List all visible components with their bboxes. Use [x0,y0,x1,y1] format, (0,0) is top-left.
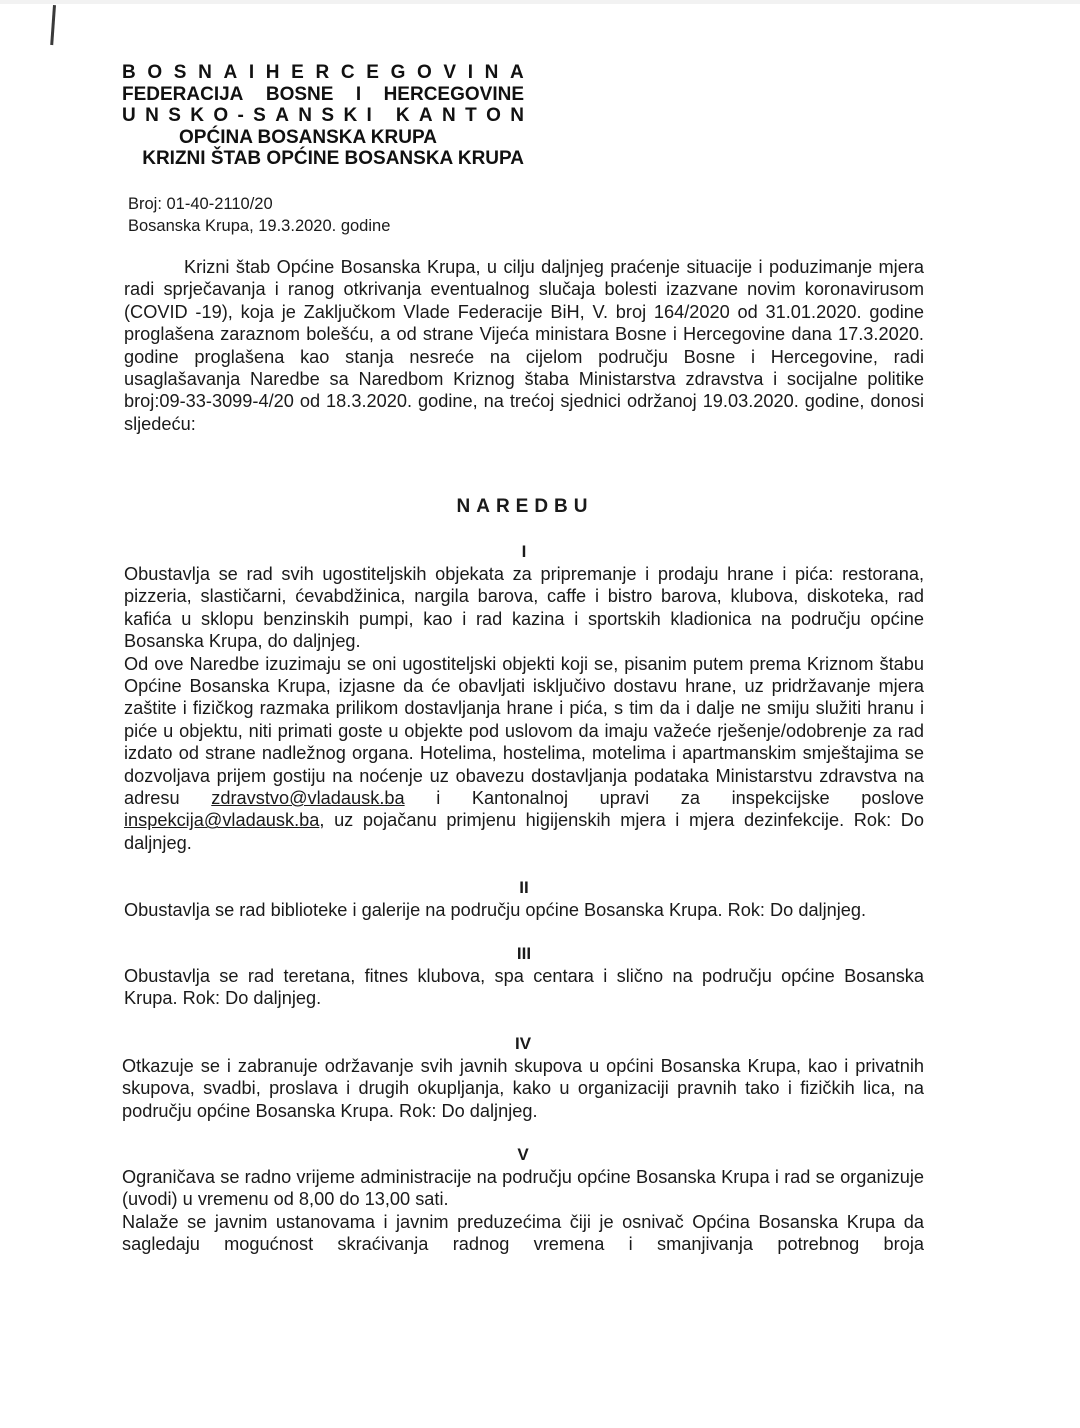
section-number: I [124,541,924,563]
section-paragraph: Otkazuje se i zabranuje održavanje svih … [122,1055,924,1122]
section-number: III [124,943,924,965]
header-country: BOSNAIHERCEGOVINA [122,62,524,84]
header-letter: S [168,105,181,127]
header-letter: K [343,105,357,127]
header-letter: K [190,105,204,127]
header-letter: A [419,105,433,127]
intro-paragraph: Krizni štab Općine Bosanska Krupa, u cil… [124,256,924,435]
header-letter: S [253,105,266,127]
section-number: V [122,1144,924,1166]
scan-mark [50,5,56,45]
header-letter [381,105,386,127]
header-letter: H [266,62,280,84]
header-letter: A [224,62,238,84]
section-number: IV [122,1033,924,1055]
section-paragraph: Obustavlja se rad teretana, fitnes klubo… [124,965,924,1010]
header-letter: T [465,105,477,127]
header-letter: C [341,62,355,84]
section-paragraph: Obustavlja se rad biblioteke i galerije … [124,899,924,921]
header-letter: I [468,62,473,84]
header-canton: UNSKO-SANSKI KANTON [122,105,524,127]
header-letter: B [122,62,136,84]
section-5: V Ograničava se radno vrijeme administra… [122,1144,924,1256]
header-letter: K [396,105,410,127]
section-paragraph: Ograničava se radno vrijeme administraci… [122,1166,924,1211]
header-letter: S [174,62,187,84]
header-letter: S [321,105,334,127]
page-top-edge [0,0,1080,4]
header-letter: N [198,62,212,84]
header-letter: N [485,62,499,84]
header-letter: N [510,105,524,127]
header-federation: FEDERACIJABOSNEIHERCEGOVINE [122,84,524,106]
header-letter: U [122,105,136,127]
header-crisis-staff: KRIZNI ŠTAB OPĆINE BOSANSKA KRUPA [122,148,524,170]
email-link-inspekcija[interactable]: inspekcija@vladausk.ba [124,810,319,830]
header-word: BOSNE [266,84,334,106]
section-2: II Obustavlja se rad biblioteke i galeri… [124,877,924,921]
section-paragraph: Nalaže se javnim ustanovama i javnim pre… [122,1211,924,1256]
header-letter: N [145,105,159,127]
header-letter: V [443,62,456,84]
section-paragraph: Obustavlja se rad svih ugostiteljskih ob… [124,563,924,653]
document-title: NAREDBU [0,496,1050,518]
section-4: IV Otkazuje se i zabranuje održavanje sv… [122,1033,924,1122]
document-place-date: Bosanska Krupa, 19.3.2020. godine [128,215,390,237]
email-link-zdravstvo[interactable]: zdravstvo@vladausk.ba [211,788,404,808]
header-letter: A [510,62,524,84]
letterhead: BOSNAIHERCEGOVINA FEDERACIJABOSNEIHERCEG… [122,62,524,170]
header-letter: I [367,105,372,127]
exception-text-1: Od ove Naredbe izuzimaju se oni ugostite… [124,654,924,808]
header-federation-text: FEDERACIJABOSNEIHERCEGOVINE [122,84,524,106]
header-letter: I [249,62,254,84]
header-word: HERCEGOVINE [384,84,524,106]
document-number: Broj: 01-40-2110/20 [128,193,390,215]
exception-text-2: i Kantonalnoj upravi za inspekcijske pos… [405,788,924,808]
header-word: I [356,84,361,106]
header-letter: - [237,105,243,127]
section-number: II [124,877,924,899]
header-letter: N [442,105,456,127]
header-letter: N [298,105,312,127]
header-letter: A [275,105,289,127]
header-letter: G [391,62,406,84]
header-letter: O [147,62,162,84]
header-word: FEDERACIJA [122,84,243,106]
header-letter: O [417,62,432,84]
section-3: III Obustavlja se rad teretana, fitnes k… [124,943,924,1010]
header-municipality: OPĆINA BOSANSKA KRUPA [122,127,524,149]
header-letter: R [316,62,330,84]
header-letter: O [486,105,501,127]
header-letter: O [213,105,228,127]
header-letter: E [291,62,304,84]
header-letter: E [366,62,379,84]
section-1: I Obustavlja se rad svih ugostiteljskih … [124,541,924,854]
section-exception-paragraph: Od ove Naredbe izuzimaju se oni ugostite… [124,653,924,855]
intro-text: Krizni štab Općine Bosanska Krupa, u cil… [124,256,924,435]
document-meta: Broj: 01-40-2110/20 Bosanska Krupa, 19.3… [128,193,390,237]
